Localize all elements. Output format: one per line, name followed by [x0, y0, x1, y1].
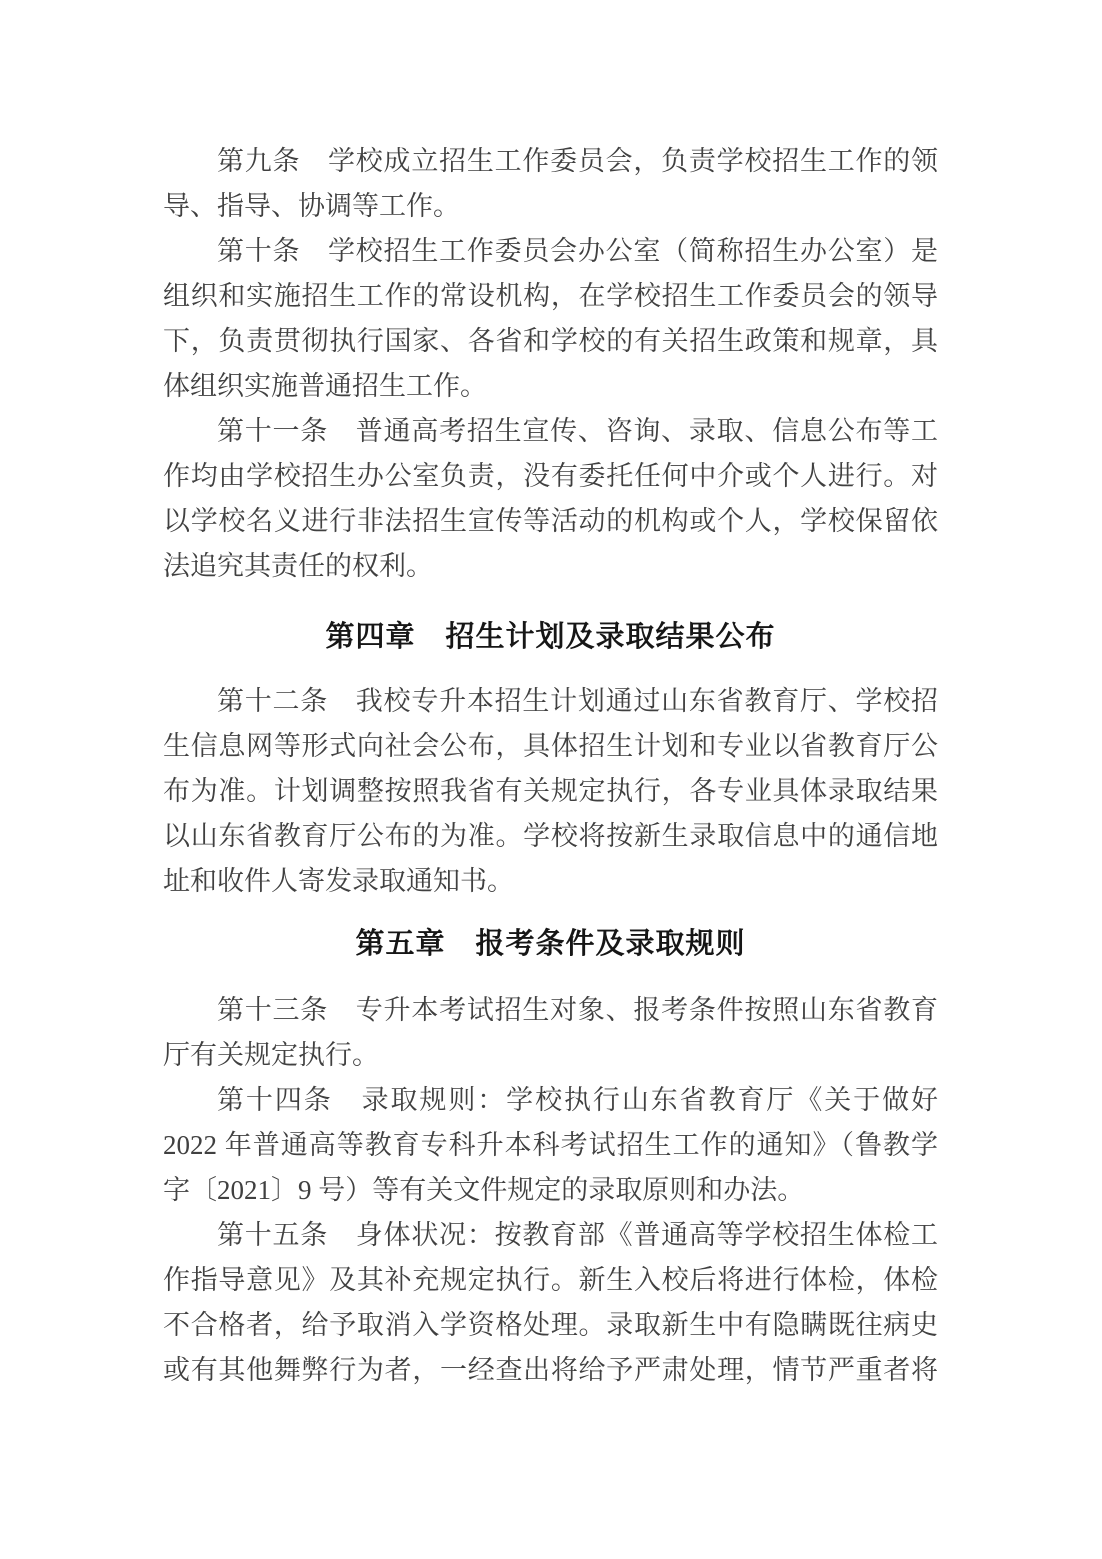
text-line: 下，负责贯彻执行国家、各省和学校的有关招生政策和规章，具: [163, 319, 938, 364]
text-line: 不合格者，给予取消入学资格处理。录取新生中有隐瞒既往病史: [163, 1303, 938, 1348]
text-line: 法追究其责任的权利。: [163, 544, 938, 589]
text-line: 体组织实施普通招生工作。: [163, 364, 938, 409]
text-line: 或有其他舞弊行为者，一经查出将给予严肃处理，情节严重者将: [163, 1348, 938, 1393]
paragraph-article-15: 第十五条 身体状况：按教育部《普通高等学校招生体检工作指导意见》及其补充规定执行…: [163, 1213, 938, 1393]
paragraph-article-13: 第十三条 专升本考试招生对象、报考条件按照山东省教育厅有关规定执行。: [163, 988, 938, 1078]
chapter-heading-chapter-4: 第四章 招生计划及录取结果公布: [163, 614, 938, 659]
text-line: 第十四条 录取规则：学校执行山东省教育厅《关于做好: [163, 1078, 938, 1123]
text-line: 字〔2021〕9 号）等有关文件规定的录取原则和办法。: [163, 1168, 938, 1213]
text-line: 第十二条 我校专升本招生计划通过山东省教育厅、学校招: [163, 679, 938, 724]
text-line: 第十五条 身体状况：按教育部《普通高等学校招生体检工: [163, 1213, 938, 1258]
paragraph-article-12: 第十二条 我校专升本招生计划通过山东省教育厅、学校招生信息网等形式向社会公布，具…: [163, 679, 938, 904]
text-line: 第十三条 专升本考试招生对象、报考条件按照山东省教育: [163, 988, 938, 1033]
text-line: 生信息网等形式向社会公布，具体招生计划和专业以省教育厅公: [163, 724, 938, 769]
text-line: 以学校名义进行非法招生宣传等活动的机构或个人，学校保留依: [163, 499, 938, 544]
document-content: 第九条 学校成立招生工作委员会，负责学校招生工作的领导、指导、协调等工作。第十条…: [163, 139, 938, 1393]
text-line: 布为准。计划调整按照我省有关规定执行，各专业具体录取结果: [163, 769, 938, 814]
paragraph-article-14: 第十四条 录取规则：学校执行山东省教育厅《关于做好2022 年普通高等教育专科升…: [163, 1078, 938, 1213]
text-line: 作指导意见》及其补充规定执行。新生入校后将进行体检，体检: [163, 1258, 938, 1303]
chapter-heading-chapter-5: 第五章 报考条件及录取规则: [163, 921, 938, 966]
text-line: 导、指导、协调等工作。: [163, 184, 938, 229]
text-line: 址和收件人寄发录取通知书。: [163, 859, 938, 904]
text-line: 组织和实施招生工作的常设机构，在学校招生工作委员会的领导: [163, 274, 938, 319]
paragraph-article-10: 第十条 学校招生工作委员会办公室（简称招生办公室）是组织和实施招生工作的常设机构…: [163, 229, 938, 409]
text-line: 第九条 学校成立招生工作委员会，负责学校招生工作的领: [163, 139, 938, 184]
document-page: 第九条 学校成立招生工作委员会，负责学校招生工作的领导、指导、协调等工作。第十条…: [0, 0, 1102, 1559]
text-line: 厅有关规定执行。: [163, 1033, 938, 1078]
text-line: 第十一条 普通高考招生宣传、咨询、录取、信息公布等工: [163, 409, 938, 454]
paragraph-article-9: 第九条 学校成立招生工作委员会，负责学校招生工作的领导、指导、协调等工作。: [163, 139, 938, 229]
text-line: 作均由学校招生办公室负责，没有委托任何中介或个人进行。对: [163, 454, 938, 499]
text-line: 2022 年普通高等教育专科升本科考试招生工作的通知》（鲁教学: [163, 1123, 938, 1168]
paragraph-article-11: 第十一条 普通高考招生宣传、咨询、录取、信息公布等工作均由学校招生办公室负责，没…: [163, 409, 938, 589]
text-line: 第十条 学校招生工作委员会办公室（简称招生办公室）是: [163, 229, 938, 274]
text-line: 以山东省教育厅公布的为准。学校将按新生录取信息中的通信地: [163, 814, 938, 859]
